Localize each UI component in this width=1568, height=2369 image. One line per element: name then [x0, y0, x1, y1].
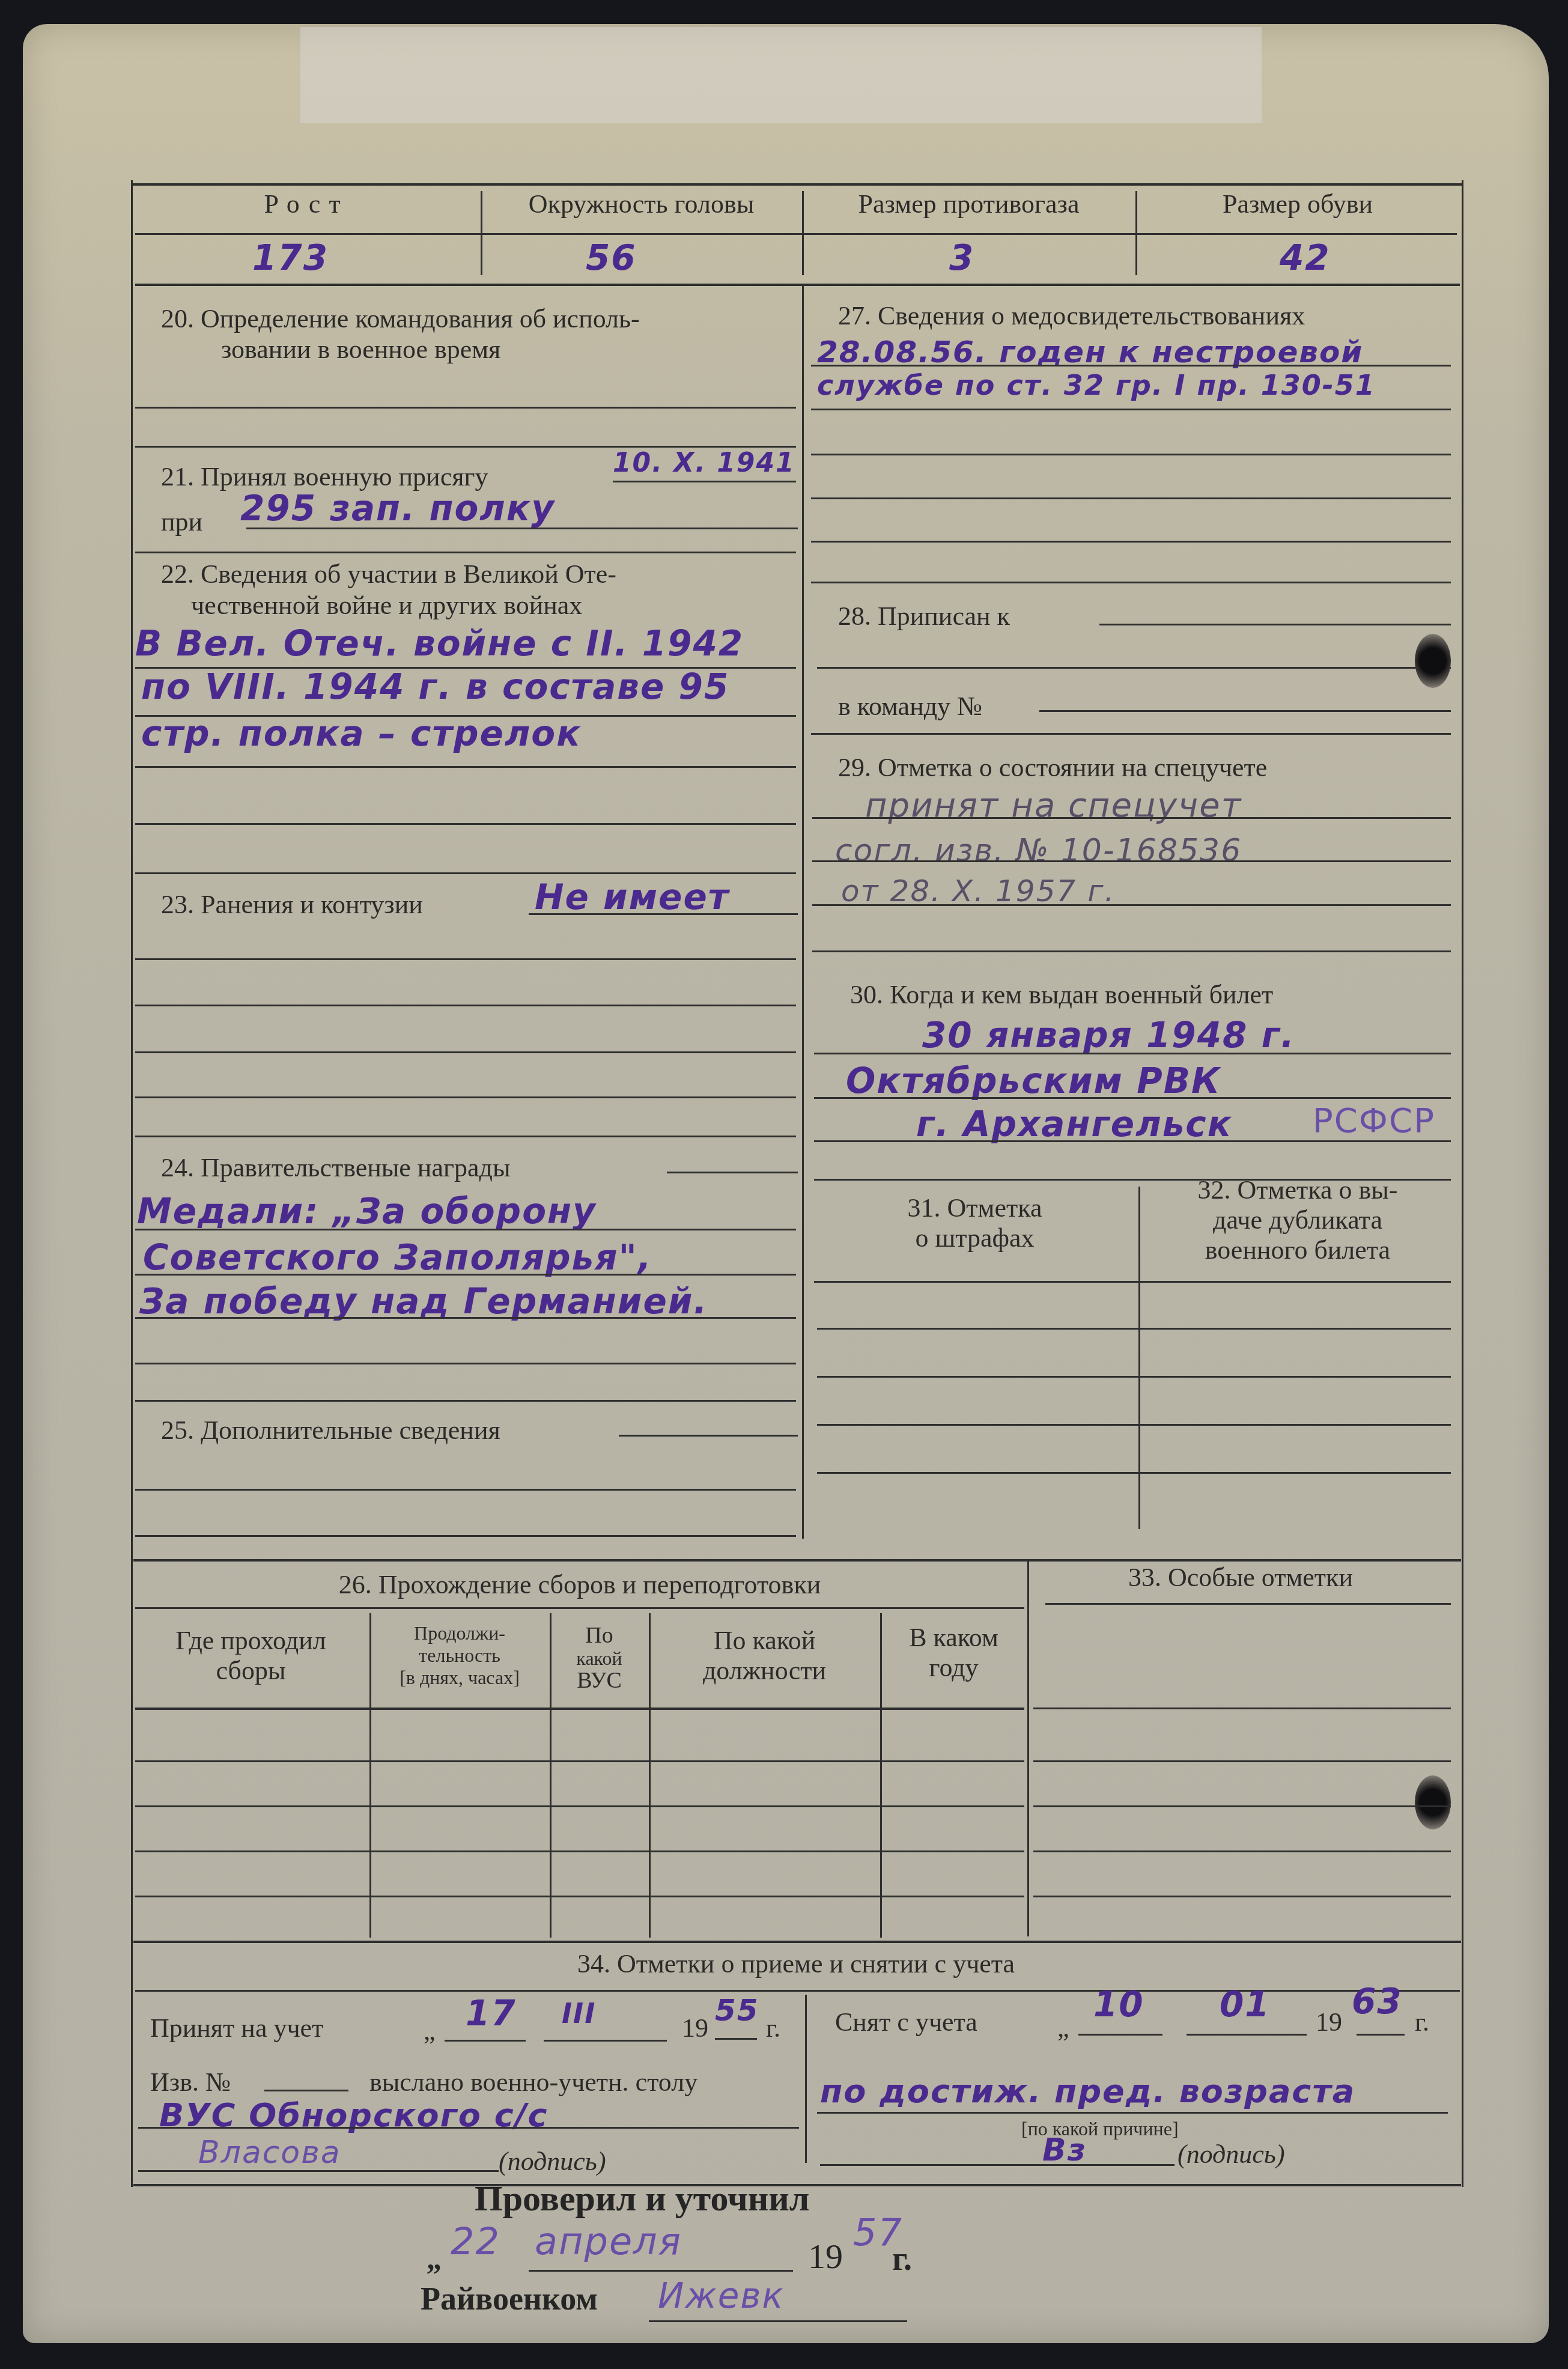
s23-line: [135, 958, 796, 960]
left-signature: Власова: [198, 2134, 341, 2171]
s26-col3-h1: По: [553, 1622, 646, 1649]
s24-line: [135, 1317, 796, 1319]
verification-year-prefix: 19: [808, 2236, 843, 2276]
s28-team-line: [1039, 710, 1451, 712]
divider: [133, 1941, 1461, 1943]
s31-line: [817, 1328, 1451, 1330]
s20-label-2: зовании в военное время: [221, 334, 500, 365]
signature-label: (подпись): [1178, 2139, 1285, 2170]
table-row-line: [135, 1760, 1024, 1762]
right-signature: Вз: [1042, 2132, 1087, 2169]
s33-title: 33. Особые отметки: [1030, 1562, 1451, 1593]
s29-line-2: согл. изв. № 10-168536: [835, 832, 1242, 869]
accepted-year-suffix: г.: [766, 2013, 780, 2044]
punch-hole: [1415, 1775, 1451, 1829]
s28-team-label: в команду №: [838, 691, 982, 722]
s30-line-1: 30 января 1948 г.: [922, 1017, 1295, 1054]
divider: [811, 733, 1451, 735]
notice-sent-label: выслано военно-учетн. столу: [369, 2067, 697, 2098]
divider: [135, 1400, 796, 1402]
s24-line: [135, 1363, 796, 1364]
divider: [135, 872, 796, 874]
paper-wear-patch: [300, 27, 1262, 123]
s33-line: [1045, 1603, 1451, 1605]
s23-value: Не имеет: [535, 878, 729, 916]
s28-label: 28. Приписан к: [838, 601, 1010, 632]
s21-date: 10. X. 1941: [613, 445, 795, 482]
s25-line: [619, 1435, 798, 1437]
s24-line-2: Советского Заполярья",: [143, 1239, 652, 1276]
s30-extra: РСФСР: [1313, 1102, 1435, 1140]
s31-line: [817, 1472, 1451, 1474]
table-header-line: [135, 1708, 1024, 1710]
s31-label-2: о штрафах: [814, 1223, 1135, 1254]
s26-col5-h2: году: [883, 1652, 1024, 1683]
s34-title: 34. Отметки о приеме и снятии с учета: [135, 1948, 1457, 1980]
s33-line: [1033, 1760, 1451, 1762]
s23-line: [135, 1096, 796, 1098]
s27-line: [811, 409, 1451, 410]
s28-line: [817, 667, 1451, 669]
date-line: [1357, 2034, 1405, 2036]
accepted-label: Принят на учет: [150, 2013, 323, 2044]
date-line: [1078, 2034, 1162, 2036]
s29-label: 29. Отметка о состоянии на спецучете: [838, 752, 1267, 783]
s31-line: [817, 1424, 1451, 1426]
accepted-month: III: [562, 1995, 596, 2032]
height-value: 173: [252, 239, 329, 276]
date-line: [529, 2270, 793, 2272]
verification-stamp-title: Проверил и уточнил: [475, 2178, 810, 2219]
quote-mark: „: [427, 2241, 442, 2276]
commissar-signature: Ижевк: [658, 2277, 785, 2314]
verification-year-suffix: г.: [892, 2240, 912, 2278]
s29-line: [812, 860, 1451, 862]
s27-label: 27. Сведения о медосвидетельствованиях: [838, 300, 1305, 332]
removed-month: 01: [1220, 1986, 1271, 2023]
table-col-divider: [550, 1613, 552, 1938]
s22-line-3: стр. полка – стрелок: [141, 715, 582, 752]
divider: [135, 552, 796, 553]
date-line: [1187, 2034, 1307, 2036]
divider: [135, 284, 1460, 286]
divider: [135, 233, 1457, 235]
removed-day: 10: [1093, 1986, 1144, 2023]
removal-reason: по достиж. пред. возраста: [820, 2073, 1355, 2110]
s20-label-1: 20. Определение командования об исполь-: [161, 303, 640, 335]
height-label: Рост: [135, 189, 478, 220]
divider: [131, 183, 1462, 186]
table-row-line: [135, 1850, 1024, 1852]
table-col-divider: [649, 1613, 651, 1938]
date-line: [445, 2040, 526, 2042]
s33-line: [1033, 1805, 1451, 1807]
s28-line: [1099, 624, 1451, 625]
s23-label: 23. Ранения и контузии: [161, 889, 423, 920]
s32-label-1: 32. Отметка о вы-: [1144, 1175, 1451, 1206]
removed-year-prefix: 19: [1316, 2007, 1342, 2038]
signature-line: [649, 2320, 907, 2322]
s21-at-value: 295 зап. полку: [240, 490, 555, 527]
divider: [135, 1136, 796, 1137]
s25-line: [135, 1535, 796, 1537]
signature-line: [820, 2164, 1174, 2166]
s29-line: [812, 817, 1451, 819]
s30-line: [814, 1140, 1451, 1142]
s33-line: [1033, 1896, 1451, 1897]
divider: [814, 1281, 1451, 1283]
s30-line-2: Октябрьским РВК: [846, 1062, 1221, 1099]
notice-label: Изв. №: [150, 2067, 231, 2098]
s26-s33-divider: [1027, 1561, 1029, 1936]
reason-line: [817, 2112, 1448, 2114]
s26-col3-h2: какой: [553, 1647, 646, 1669]
s22-line: [135, 766, 796, 768]
s23-line: [135, 1005, 796, 1006]
s26-col1-h1: Где проходил: [135, 1625, 366, 1656]
verification-month: апреля: [535, 2223, 682, 2260]
accepted-year-prefix: 19: [682, 2013, 708, 2044]
table-col-divider: [369, 1613, 371, 1938]
s22-line: [135, 823, 796, 825]
s27-line: [811, 454, 1451, 455]
s27-line: [811, 541, 1451, 543]
s26-col1-h2: сборы: [135, 1655, 366, 1686]
quote-mark: „: [1057, 2013, 1069, 2044]
column-divider: [802, 286, 804, 1539]
table-row-line: [135, 1805, 1024, 1807]
divider: [812, 950, 1451, 952]
removed-label: Снят с учета: [835, 2007, 977, 2038]
table-col-divider: [880, 1613, 882, 1938]
s26-title: 26. Прохождение сборов и переподготовки: [135, 1569, 1024, 1601]
shoe-size-value: 42: [1280, 239, 1331, 276]
s25-line: [135, 1489, 796, 1491]
s21-date-line: [613, 481, 796, 482]
date-line: [544, 2040, 667, 2042]
s23-line: [135, 1051, 796, 1053]
quote-mark: „: [424, 2016, 436, 2047]
s26-col3-h3: ВУС: [553, 1667, 646, 1694]
divider: [811, 582, 1451, 583]
s21-at-label: при: [161, 506, 202, 538]
s24-line: [135, 1229, 796, 1230]
s32-label-2: даче дубликата: [1144, 1205, 1451, 1236]
gas-mask-size-label: Размер противогаза: [805, 189, 1132, 220]
s26-col2-h2: тельность: [372, 1644, 547, 1666]
removed-year: 63: [1352, 1983, 1403, 2020]
s33-line: [1033, 1850, 1451, 1852]
accepted-day: 17: [466, 1995, 517, 2032]
s30-line: [814, 1097, 1451, 1099]
s22-line-2: по VIII. 1944 г. в составе 95: [141, 668, 729, 705]
s26-col4-h2: должности: [652, 1655, 877, 1686]
date-line: [715, 2038, 757, 2040]
divider: [133, 1559, 1461, 1562]
s29-line: [812, 904, 1451, 906]
s24-label: 24. Правительственые награды: [161, 1152, 510, 1184]
head-circumference-value: 56: [586, 239, 637, 276]
s34-divider: [805, 1995, 807, 2163]
s27-line: [811, 497, 1451, 499]
district-commissar-label: Райвоенком: [421, 2280, 598, 2317]
s24-line-1: Медали: „За оборону: [137, 1193, 597, 1230]
s31-label-1: 31. Отметка: [814, 1193, 1135, 1224]
s24-line-3: За победу над Германией.: [139, 1283, 708, 1320]
gas-mask-size-value: 3: [949, 239, 974, 276]
s26-col5-h1: В каком: [883, 1622, 1024, 1653]
signature-label: (подпись): [499, 2146, 606, 2177]
s21-at-line: [246, 528, 798, 529]
notice-line: [138, 2127, 799, 2129]
s23-line: [529, 913, 798, 915]
s32-label-3: военного билета: [1144, 1235, 1451, 1266]
s22-label-1: 22. Сведения об участии в Великой Оте-: [161, 559, 616, 590]
s25-label: 25. Дополнительные сведения: [161, 1415, 500, 1446]
s30-label: 30. Когда и кем выдан военный билет: [850, 979, 1273, 1011]
s33-line: [1033, 1708, 1451, 1709]
s26-col2-h1: Продолжи-: [372, 1622, 547, 1644]
s20-line: [135, 407, 796, 409]
s26-col4-h1: По какой: [652, 1625, 877, 1656]
s31-s32-divider: [1138, 1187, 1140, 1529]
verification-day: 22: [451, 2223, 500, 2260]
accepted-year: 55: [715, 1992, 759, 2029]
head-circumference-label: Окружность головы: [484, 189, 799, 220]
s27-line-2: службе по ст. 32 гр. I пр. 130-51: [817, 366, 1376, 404]
s24-line: [667, 1172, 798, 1173]
s22-label-2: чественной войне и других войнах: [191, 590, 582, 621]
s30-line-3: г. Архангельск: [916, 1105, 1232, 1143]
punch-hole: [1415, 634, 1451, 688]
s24-line: [135, 1274, 796, 1276]
shoe-size-label: Размер обуви: [1138, 189, 1457, 220]
table-row-line: [135, 1896, 1024, 1897]
notice-number-line: [264, 2090, 348, 2091]
s30-line: [814, 1053, 1451, 1054]
signature-line: [138, 2170, 499, 2172]
divider: [135, 1607, 1024, 1609]
s31-line: [817, 1376, 1451, 1378]
s22-line-1: В Вел. Отеч. войне с II. 1942: [135, 625, 744, 662]
s26-col2-h3: [в днях, часах]: [372, 1667, 547, 1688]
removed-year-suffix: г.: [1415, 2007, 1429, 2038]
